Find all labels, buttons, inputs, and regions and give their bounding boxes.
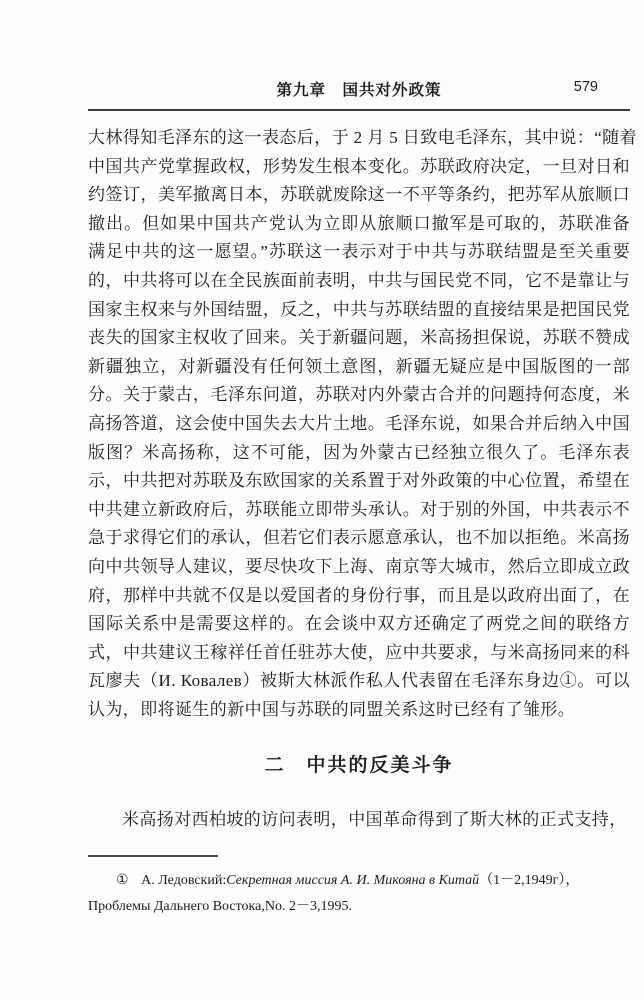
footnote-line-1: ①А. Ледовский:Секретная миссия А. И. Мик… xyxy=(88,868,630,894)
body-text-line: 版图？米高扬称，这不可能，因为外蒙古已经独立很久了。毛泽东表 xyxy=(88,439,630,468)
body-text-line: 大林得知毛泽东的这一表态后，于 2 月 5 日致电毛泽东，其中说：“随着 xyxy=(88,124,630,153)
chapter-title: 第九章 国共对外政策 xyxy=(88,78,630,100)
body-text: 大林得知毛泽东的这一表态后，于 2 月 5 日致电毛泽东，其中说：“随着 中国共… xyxy=(88,124,630,724)
body-text-line: 满足中共的这一愿望。”苏联这一表示对于中共与苏联结盟是至关重要 xyxy=(88,238,630,267)
body-text-line: 国家主权来与外国结盟，反之，中共与苏联结盟的直接结果是把国民党 xyxy=(88,296,630,325)
body-text-line: 的，中共将可以在全民族面前表明，中共与国民党不同，它不是靠让与 xyxy=(88,267,630,296)
body-text-line: 丧失的国家主权收了回来。关于新疆问题，米高扬担保说，苏联不赞成 xyxy=(88,324,630,353)
book-page: 第九章 国共对外政策 579 大林得知毛泽东的这一表态后，于 2 月 5 日致电… xyxy=(0,0,644,1000)
body-text-line: 高扬答道，这会使中国失去大片土地。毛泽东说，如果合并后纳入中国 xyxy=(88,410,630,439)
footnote-separator xyxy=(88,855,218,857)
footnote-marker: ① xyxy=(116,873,129,888)
body-text-line: 中共建立新政府后，苏联能立即带头承认。对于别的外国，中共表示不 xyxy=(88,496,630,525)
body-text-line: 向中共领导人建议，要尽快攻下上海、南京等大城市，然后立即成立政 xyxy=(88,553,630,582)
paragraph-first-line: 米高扬对西柏坡的访问表明，中国革命得到了斯大林的正式支持， xyxy=(88,806,630,835)
running-header: 第九章 国共对外政策 579 xyxy=(88,78,630,100)
header-rule xyxy=(88,109,630,111)
page-number: 579 xyxy=(574,79,598,95)
body-text-line: 约签订，美军撤离日本，苏联就废除这一不平等条约，把苏军从旅顺口 xyxy=(88,181,630,210)
body-text-line: 示，中共把对苏联及东欧国家的关系置于对外政策的中心位置，希望在 xyxy=(88,467,630,496)
body-text-line: 国际关系中是需要这样的。在会谈中双方还确定了两党之间的联络方 xyxy=(88,610,630,639)
body-text-line: 府，那样中共就不仅是以爱国者的身份行事，而且是以政府出面了，在 xyxy=(88,582,630,611)
footnote-publication-range: （1－2,1949г）， xyxy=(479,873,579,888)
body-text-line: 中国共产党掌握政权，形势发生根本变化。苏联政府决定，一旦对日和 xyxy=(88,153,630,182)
body-text-line: 瓦廖夫（И. Ковалев）被斯大林派作私人代表留在毛泽东身边①。可以 xyxy=(88,667,630,696)
body-text-line: 认为，即将诞生的新中国与苏联的同盟关系这时已经有了雏形。 xyxy=(88,696,630,725)
section-heading: 二 中共的反美斗争 xyxy=(88,750,630,777)
body-text-line: 撤出。但如果中国共产党认为立即从旅顺口撤军是可取的，苏联准备 xyxy=(88,210,630,239)
body-text-line: 新疆独立，对新疆没有任何领土意图，新疆无疑应是中国版图的一部 xyxy=(88,353,630,382)
body-text-line: 式，中共建议王稼祥任首任驻苏大使，应中共要求，与米高扬同来的科 xyxy=(88,639,630,668)
footnote: ①А. Ледовский:Секретная миссия А. И. Мик… xyxy=(88,868,630,920)
body-text-line: 急于求得它们的承认，但若它们表示愿意承认，也不加以拒绝。米高扬 xyxy=(88,524,630,553)
footnote-author: А. Ледовский: xyxy=(141,873,226,888)
footnote-title-italic: Секретная миссия А. И. Микояна в Китай xyxy=(226,873,479,888)
footnote-line-2: Проблемы Дальнего Востока,No. 2－3,1995. xyxy=(88,894,630,920)
body-text-line: 分。关于蒙古，毛泽东问道，苏联对内外蒙古合并的问题持何态度，米 xyxy=(88,381,630,410)
